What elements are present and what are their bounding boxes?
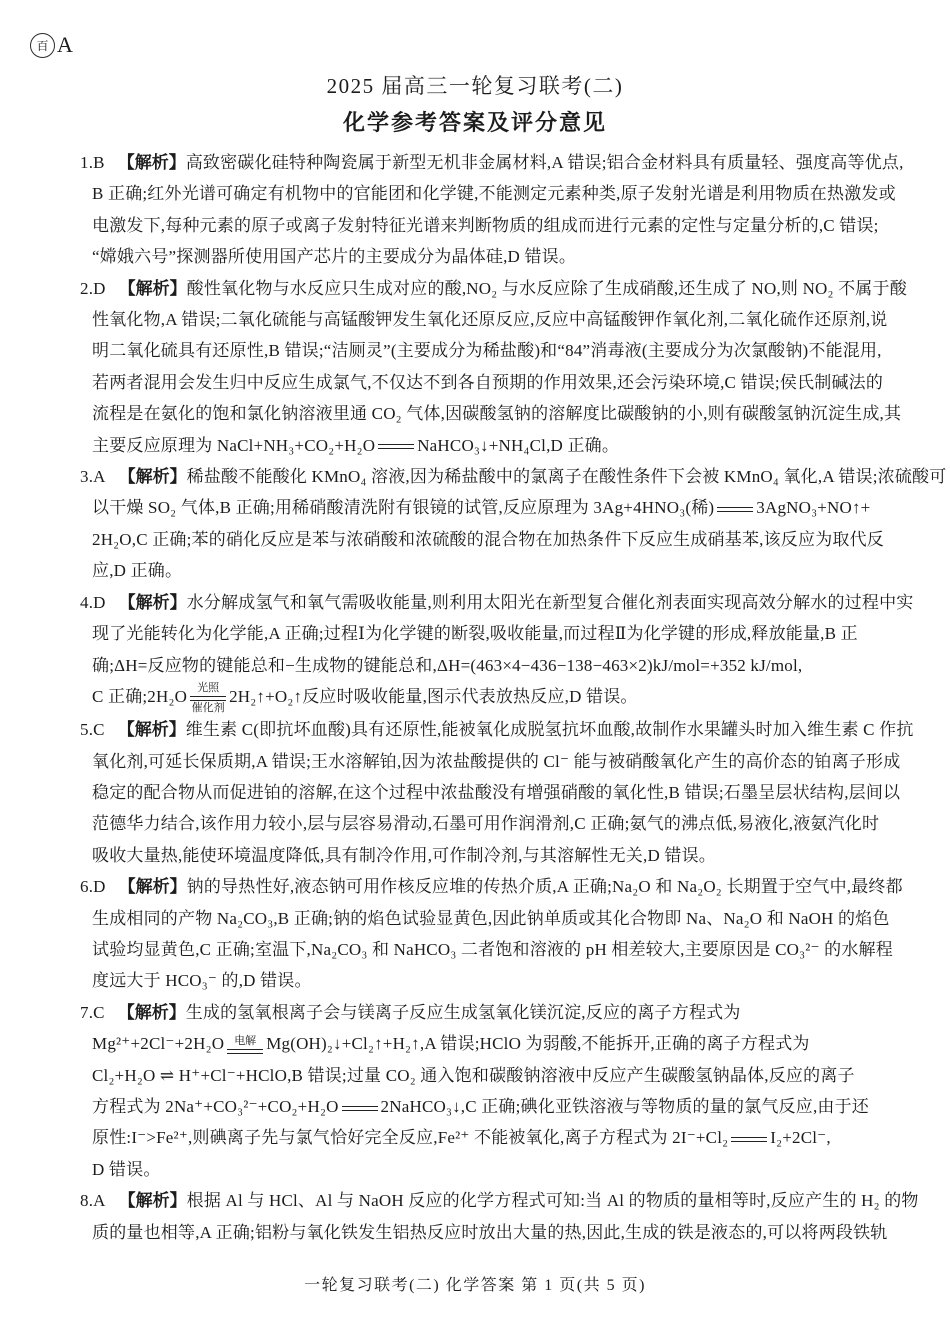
analysis-label: 【解析】: [119, 279, 187, 298]
answer-line: 性氧化物,A 错误;二氧化硫能与高锰酸钾发生氧化还原反应,反应中高锰酸钾作氧化剂…: [80, 304, 885, 335]
answers-list: 1.B【解析】高致密碳化硅特种陶瓷属于新型无机非金属材料,A 错误;铝合金材料具…: [80, 147, 885, 1248]
answer-line: 氧化剂,可延长保质期,A 错误;王水溶解铂,因为浓盐酸提供的 Cl⁻ 能与被硝酸…: [80, 746, 885, 777]
answer-line: 若两者混用会发生归中反应生成氯气,不仅达不到各自预期的作用效果,还会污染环境,C…: [80, 367, 885, 398]
brand-logo: 百A: [30, 32, 73, 58]
answer-sheet-page: 百A 2025 届高三一轮复习联考(二) 化学参考答案及评分意见 1.B【解析】…: [0, 0, 950, 1333]
double-line-equals-icon: [378, 443, 414, 450]
analysis-label: 【解析】: [118, 153, 186, 172]
question-number-and-answer: 8.A: [80, 1191, 106, 1210]
analysis-label: 【解析】: [119, 593, 187, 612]
question-number-and-answer: 2.D: [80, 279, 106, 298]
answer-line: Mg²⁺+2Cl⁻+2H₂O电解Mg(OH)₂↓+Cl₂↑+H₂↑,A 错误;H…: [80, 1028, 885, 1059]
answer-first-line: 3.A【解析】稀盐酸不能酸化 KMnO₄ 溶液,因为稀盐酸中的氯离子在酸性条件下…: [80, 461, 885, 492]
answer-block: 1.B【解析】高致密碳化硅特种陶瓷属于新型无机非金属材料,A 错误;铝合金材料具…: [80, 147, 885, 273]
answer-line: 电激发下,每种元素的原子或离子发射特征光谱来判断物质的组成而进行元素的定性与定量…: [80, 210, 885, 241]
question-number-and-answer: 4.D: [80, 593, 106, 612]
double-line-equals-icon: [731, 1136, 767, 1143]
answer-line: 方程式为 2Na⁺+CO₃²⁻+CO₂+H₂O2NaHCO₃↓,C 正确;碘化亚…: [80, 1091, 885, 1122]
question-number-and-answer: 1.B: [80, 153, 105, 172]
answer-line: 度远大于 HCO₃⁻ 的,D 错误。: [80, 965, 885, 996]
answer-first-line: 2.D【解析】酸性氧化物与水反应只生成对应的酸,NO₂ 与水反应除了生成硝酸,还…: [80, 273, 885, 304]
page-title: 化学参考答案及评分意见: [0, 106, 950, 137]
double-line-equals-icon: 电解: [227, 1035, 263, 1055]
double-line-equals-icon: [342, 1105, 378, 1112]
answer-line: 范德华力结合,该作用力较小,层与层容易滑动,石墨可用作润滑剂,C 正确;氨气的沸…: [80, 808, 885, 839]
answer-first-line: 6.D【解析】钠的导热性好,液态钠可用作核反应堆的传热介质,A 正确;Na₂O …: [80, 871, 885, 902]
question-number-and-answer: 7.C: [80, 1003, 105, 1022]
answer-line: B 正确;红外光谱可确定有机物中的官能团和化学键,不能测定元素种类,原子发射光谱…: [80, 178, 885, 209]
analysis-label: 【解析】: [119, 877, 187, 896]
answer-block: 2.D【解析】酸性氧化物与水反应只生成对应的酸,NO₂ 与水反应除了生成硝酸,还…: [80, 273, 885, 461]
answer-block: 8.A【解析】根据 Al 与 HCl、Al 与 NaOH 反应的化学方程式可知:…: [80, 1185, 885, 1248]
brand-suffix: A: [57, 32, 73, 58]
answer-line: 明二氧化硫具有还原性,B 错误;“洁厕灵”(主要成分为稀盐酸)和“84”消毒液(…: [80, 335, 885, 366]
page-footer: 一轮复习联考(二) 化学答案 第 1 页(共 5 页): [0, 1272, 950, 1295]
answer-line: 试验均显黄色,C 正确;室温下,Na₂CO₃ 和 NaHCO₃ 二者饱和溶液的 …: [80, 934, 885, 965]
answer-line: 质的量也相等,A 正确;铝粉与氧化铁发生铝热反应时放出大量的热,因此,生成的铁是…: [80, 1217, 885, 1248]
analysis-label: 【解析】: [119, 467, 187, 486]
answer-line: 以干燥 SO₂ 气体,B 正确;用稀硝酸清洗附有银镜的试管,反应原理为 3Ag+…: [80, 492, 885, 523]
question-number-and-answer: 6.D: [80, 877, 106, 896]
answer-line: 应,D 正确。: [80, 555, 885, 586]
analysis-label: 【解析】: [118, 1003, 186, 1022]
answer-first-line: 4.D【解析】水分解成氢气和氧气需吸收能量,则利用太阳光在新型复合催化剂表面实现…: [80, 587, 885, 618]
answer-line: 主要反应原理为 NaCl+NH₃+CO₂+H₂ONaHCO₃↓+NH₄Cl,D …: [80, 430, 885, 461]
answer-line: Cl₂+H₂O ⇌ H⁺+Cl⁻+HClO,B 错误;过量 CO₂ 通入饱和碳酸…: [80, 1060, 885, 1091]
exam-title: 2025 届高三一轮复习联考(二): [0, 70, 950, 100]
answer-first-line: 7.C【解析】生成的氢氧根离子会与镁离子反应生成氢氧化镁沉淀,反应的离子方程式为: [80, 997, 885, 1028]
answer-first-line: 1.B【解析】高致密碳化硅特种陶瓷属于新型无机非金属材料,A 错误;铝合金材料具…: [80, 147, 885, 178]
answer-line: 原性:I⁻>Fe²⁺,则碘离子先与氯气恰好完全反应,Fe²⁺ 不能被氧化,离子方…: [80, 1122, 885, 1153]
answer-line: C 正确;2H₂O光照催化剂2H₂↑+O₂↑反应时吸收能量,图示代表放热反应,D…: [80, 681, 885, 714]
answer-line: 确;ΔH=反应物的键能总和−生成物的键能总和,ΔH=(463×4−436−138…: [80, 650, 885, 681]
answer-line: 吸收大量热,能使环境温度降低,具有制冷作用,可作制冷剂,与其溶解性无关,D 错误…: [80, 840, 885, 871]
answer-block: 3.A【解析】稀盐酸不能酸化 KMnO₄ 溶液,因为稀盐酸中的氯离子在酸性条件下…: [80, 461, 885, 587]
answer-line: 稳定的配合物从而促进铂的溶解,在这个过程中浓盐酸没有增强硝酸的氧化性,B 错误;…: [80, 777, 885, 808]
answer-line: 流程是在氨化的饱和氯化钠溶液里通 CO₂ 气体,因碳酸氢钠的溶解度比碳酸钠的小,…: [80, 398, 885, 429]
question-number-and-answer: 3.A: [80, 467, 106, 486]
answer-line: “嫦娥六号”探测器所使用国产芯片的主要成分为晶体硅,D 错误。: [80, 241, 885, 272]
answer-line: 生成相同的产物 Na₂CO₃,B 正确;钠的焰色试验显黄色,因此钠单质或其化合物…: [80, 903, 885, 934]
analysis-label: 【解析】: [119, 1191, 187, 1210]
answer-first-line: 8.A【解析】根据 Al 与 HCl、Al 与 NaOH 反应的化学方程式可知:…: [80, 1185, 885, 1216]
question-number-and-answer: 5.C: [80, 720, 105, 739]
answer-line: D 错误。: [80, 1154, 885, 1185]
brand-circle-icon: 百: [30, 33, 55, 58]
answer-block: 6.D【解析】钠的导热性好,液态钠可用作核反应堆的传热介质,A 正确;Na₂O …: [80, 871, 885, 997]
answer-line: 2H₂O,C 正确;苯的硝化反应是苯与浓硝酸和浓硫酸的混合物在加热条件下反应生成…: [80, 524, 885, 555]
answer-block: 4.D【解析】水分解成氢气和氧气需吸收能量,则利用太阳光在新型复合催化剂表面实现…: [80, 587, 885, 714]
answer-first-line: 5.C【解析】维生素 C(即抗坏血酸)具有还原性,能被氧化成脱氢抗坏血酸,故制作…: [80, 714, 885, 745]
double-line-equals-icon: [717, 506, 753, 513]
answer-block: 7.C【解析】生成的氢氧根离子会与镁离子反应生成氢氧化镁沉淀,反应的离子方程式为…: [80, 997, 885, 1185]
answer-block: 5.C【解析】维生素 C(即抗坏血酸)具有还原性,能被氧化成脱氢抗坏血酸,故制作…: [80, 714, 885, 871]
double-line-equals-icon: 光照催化剂: [190, 682, 226, 714]
answer-line: 现了光能转化为化学能,A 正确;过程Ⅰ为化学键的断裂,吸收能量,而过程Ⅱ为化学键…: [80, 618, 885, 649]
analysis-label: 【解析】: [118, 720, 186, 739]
